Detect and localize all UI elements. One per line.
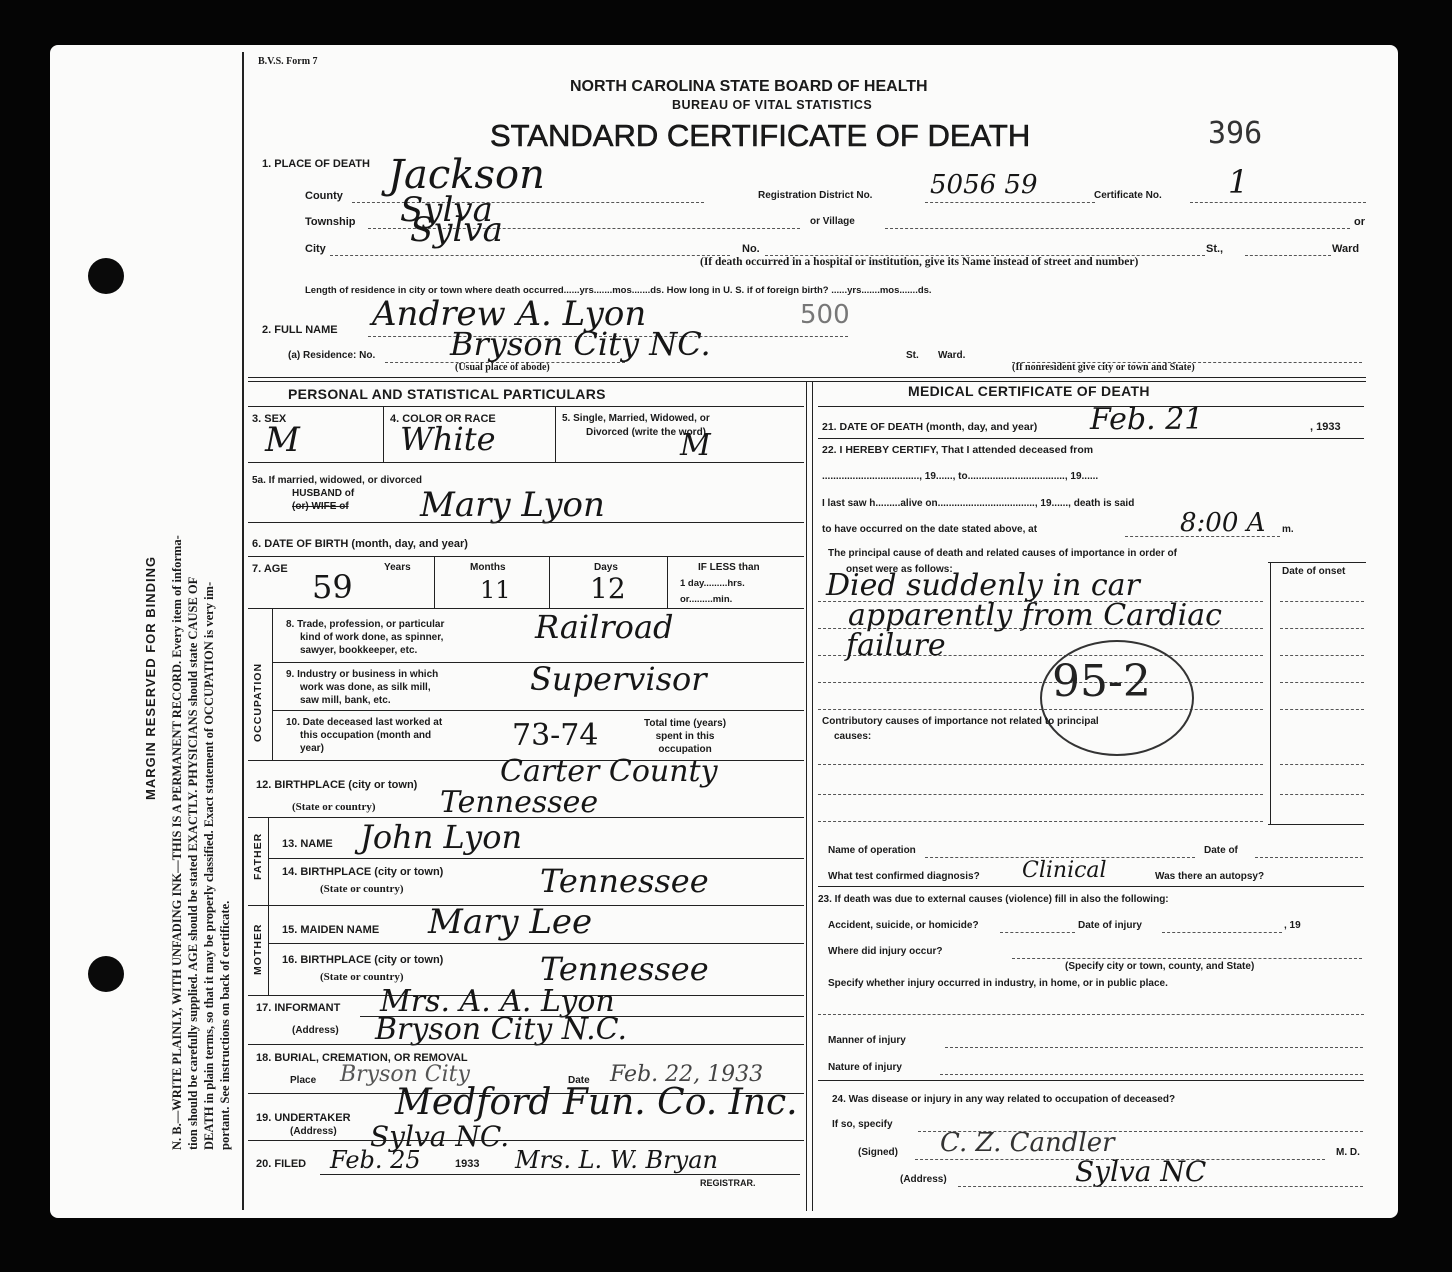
manner-line <box>945 1047 1363 1048</box>
contrib-line <box>818 764 1263 765</box>
rule <box>248 462 804 463</box>
age-months-value: 11 <box>480 576 511 604</box>
village-label: or Village <box>810 216 855 227</box>
informant-label: 17. INFORMANT <box>256 1002 340 1014</box>
where-line <box>1012 958 1362 959</box>
county-label: County <box>305 190 343 202</box>
rule <box>1268 824 1364 825</box>
industry-label-1: 9. Industry or business in which <box>286 668 438 681</box>
injury-date-line <box>1162 932 1282 933</box>
birthplace-label: 12. BIRTHPLACE (city or town) <box>256 779 417 791</box>
age-label: 7. AGE <box>252 563 288 575</box>
binding-note: MARGIN RESERVED FOR BINDING <box>143 556 158 800</box>
industry-label-2: work was done, as silk mill, <box>286 681 438 694</box>
number-label: No. <box>742 243 760 255</box>
city-value: Sylva <box>410 210 503 250</box>
cert-no-line <box>1190 202 1366 203</box>
less-min-label: or.........min. <box>680 594 732 605</box>
cell-divider <box>549 556 550 608</box>
name-annotation: 500 <box>800 300 850 330</box>
or-label: or <box>1354 216 1365 228</box>
physician-address-label: (Address) <box>900 1174 947 1185</box>
total-time-label-2: spent in this <box>644 730 726 743</box>
cause-label: The principal cause of death and related… <box>828 548 1177 559</box>
rule <box>248 556 804 557</box>
residence-ward-label: Ward. <box>938 350 965 361</box>
rule <box>268 858 804 859</box>
ward-label: Ward <box>1332 243 1359 255</box>
margin-instructions-2: tion should be carefully supplied. AGE s… <box>186 577 201 1150</box>
years-label: Years <box>384 562 411 573</box>
rule <box>1268 562 1366 563</box>
last-worked-label-1: 10. Date deceased last worked at <box>286 716 442 729</box>
residence-street-label: St. <box>906 350 919 361</box>
physician-signature: C. Z. Candler <box>940 1128 1115 1158</box>
margin-instructions-3: DEATH in plain terms, so that it may be … <box>202 582 217 1150</box>
accident-label: Accident, suicide, or homicide? <box>828 920 979 931</box>
undertaker-value: Medford Fun. Co. Inc. <box>395 1082 798 1123</box>
industry-value: Supervisor <box>530 660 707 698</box>
date-of-death-value: Feb. 21 <box>1090 402 1203 437</box>
industry-label-3: saw mill, bank, etc. <box>286 694 438 707</box>
occupation-bracket <box>272 608 273 760</box>
cert-no-value: 1 <box>1228 163 1248 201</box>
onset-line <box>1280 628 1364 629</box>
trade-label: 8. Trade, profession, or particular kind… <box>286 618 444 657</box>
father-side-label: FATHER <box>252 833 264 880</box>
filed-value: Feb. 25 <box>330 1146 421 1174</box>
rule <box>272 710 804 711</box>
reg-district-line <box>925 202 1095 203</box>
marital-value: M <box>680 428 711 463</box>
usual-abode-note: (Usual place of abode) <box>455 362 550 373</box>
binder-hole <box>88 956 124 992</box>
agency-title: NORTH CAROLINA STATE BOARD OF HEALTH <box>570 78 928 96</box>
cell-divider <box>383 406 384 462</box>
onset-line <box>1280 601 1364 602</box>
wife-label: (or) WIFE of <box>292 501 349 512</box>
father-name-label: 13. NAME <box>282 838 333 850</box>
rule <box>248 608 804 609</box>
onset-line <box>1280 682 1364 683</box>
manner-label: Manner of injury <box>828 1035 906 1046</box>
date-of-death-label: 21. DATE OF DEATH (month, day, and year) <box>822 421 1037 433</box>
dob-label: 6. DATE OF BIRTH (month, day, and year) <box>252 538 468 550</box>
margin-instructions-4: portant. See instructions on back of cer… <box>218 901 233 1150</box>
father-birthplace-state-label: (State or country) <box>320 883 404 895</box>
mother-birthplace-label: 16. BIRTHPLACE (city or town) <box>282 954 443 966</box>
cause-line <box>818 682 1263 683</box>
attended-dates: ..................................., 19.… <box>822 471 1098 482</box>
medical-heading: MEDICAL CERTIFICATE OF DEATH <box>908 383 1150 399</box>
trade-label-3: sawyer, bookkeeper, etc. <box>286 644 444 657</box>
specify-line <box>818 1014 1364 1015</box>
occurred-label: to have occurred on the date stated abov… <box>822 524 1037 535</box>
physician-address-value: Sylva NC <box>1075 1155 1206 1188</box>
cell-divider <box>667 556 668 608</box>
trade-label-2: kind of work done, as spinner, <box>286 631 444 644</box>
column-divider <box>812 381 813 1211</box>
time-of-death: 8:00 A <box>1180 508 1265 538</box>
nonresident-note: (If nonresident give city or town and St… <box>1012 362 1195 373</box>
birthplace-state-value: Tennessee <box>440 785 598 820</box>
birthplace-state-label: (State or country) <box>292 801 376 813</box>
township-label: Township <box>305 216 356 228</box>
onset-line <box>1280 794 1364 795</box>
city-line <box>330 255 730 256</box>
nature-label: Nature of injury <box>828 1062 902 1073</box>
personal-heading: PERSONAL AND STATISTICAL PARTICULARS <box>288 386 606 402</box>
months-label: Months <box>470 562 506 573</box>
birthplace-city-value: Carter County <box>500 754 718 789</box>
nature-line <box>940 1074 1363 1075</box>
rule <box>248 1140 804 1141</box>
rule <box>320 1174 800 1175</box>
certificate-title: STANDARD CERTIFICATE OF DEATH <box>490 118 1030 154</box>
occupation-related-label: 24. Was disease or injury in any way rel… <box>832 1094 1175 1105</box>
father-birthplace-value: Tennessee <box>540 862 709 900</box>
rule <box>248 1044 804 1045</box>
total-time-label-1: Total time (years) <box>644 717 726 730</box>
last-worked-value: 73-74 <box>512 718 598 753</box>
last-worked-label-2: this occupation (month and <box>286 729 442 742</box>
rule <box>248 817 804 818</box>
spouse-label: 5a. If married, widowed, or divorced <box>252 475 422 486</box>
onset-label: Date of onset <box>1282 566 1345 577</box>
contrib-line <box>818 794 1263 795</box>
cell-divider <box>434 556 435 608</box>
mother-bracket <box>268 905 269 995</box>
mother-side-label: MOTHER <box>252 924 264 976</box>
informant-address-value: Bryson City N.C. <box>375 1012 627 1047</box>
father-bracket <box>268 817 269 905</box>
physician-address-line <box>958 1186 1363 1187</box>
cell-divider <box>555 406 556 462</box>
industry-label: 9. Industry or business in which work wa… <box>286 668 438 707</box>
where-label: Where did injury occur? <box>828 946 942 957</box>
rule <box>818 1080 1364 1081</box>
onset-line <box>1280 764 1364 765</box>
place-of-death-label: 1. PLACE OF DEATH <box>262 158 370 170</box>
signed-label: (Signed) <box>858 1147 898 1158</box>
burial-place-label: Place <box>290 1075 316 1086</box>
onset-line <box>1280 709 1364 710</box>
mother-birthplace-value: Tennessee <box>540 950 709 988</box>
time-suffix: m. <box>1282 524 1294 535</box>
mother-birthplace-state-label: (State or country) <box>320 971 404 983</box>
accident-line <box>1000 932 1075 933</box>
rule <box>818 438 1364 439</box>
mother-name-label: 15. MAIDEN NAME <box>282 924 379 936</box>
injury-year: , 19 <box>1284 920 1301 931</box>
reg-district-label: Registration District No. <box>758 190 872 201</box>
operation-label: Name of operation <box>828 845 916 856</box>
time-line <box>1125 536 1280 537</box>
age-days-value: 12 <box>590 572 626 605</box>
margin-instructions-1: N. B.—WRITE PLAINLY, WITH UNFADING INK—T… <box>170 70 185 1150</box>
hospital-note: (If death occurred in a hospital or inst… <box>700 256 1138 268</box>
injury-date-label: Date of injury <box>1078 920 1142 931</box>
if-less-label: IF LESS than <box>698 562 760 573</box>
where-note: (Specify city or town, county, and State… <box>1065 961 1254 972</box>
binder-hole <box>88 258 124 294</box>
column-divider <box>806 381 807 1211</box>
village-line <box>885 228 1350 229</box>
section-rule <box>248 377 1366 378</box>
onset-line <box>1280 655 1364 656</box>
rule <box>268 943 804 944</box>
race-value: White <box>400 420 496 458</box>
external-causes-label: 23. If death was due to external causes … <box>818 894 1169 905</box>
md-label: M. D. <box>1336 1147 1360 1158</box>
registrar-signature: Mrs. L. W. Bryan <box>515 1146 718 1174</box>
contributory-label-2: causes: <box>834 731 871 742</box>
cause-line-3: failure <box>846 628 946 663</box>
test-value: Clinical <box>1022 858 1107 883</box>
margin-rule <box>242 52 244 1210</box>
cert-no-label: Certificate No. <box>1094 190 1162 201</box>
specify-place-label: Specify whether injury occurred in indus… <box>828 978 1168 989</box>
undertaker-address-label: (Address) <box>290 1126 337 1137</box>
certify-label: 22. I HEREBY CERTIFY, That I attended de… <box>822 444 1093 456</box>
code-stamp: 95-2 <box>1052 656 1151 707</box>
husband-label: HUSBAND of <box>292 488 354 499</box>
last-worked-label: 10. Date deceased last worked at this oc… <box>286 716 442 755</box>
filed-year: 1933 <box>455 1158 479 1170</box>
trade-label-1: 8. Trade, profession, or particular <box>286 618 444 631</box>
section-rule <box>248 381 1366 382</box>
test-label: What test confirmed diagnosis? <box>828 871 980 882</box>
marital-label: 5. Single, Married, Widowed, or <box>562 413 710 424</box>
last-worked-label-3: year) <box>286 742 442 755</box>
mother-name-value: Mary Lee <box>428 902 592 942</box>
registrar-label: REGISTRAR. <box>700 1178 756 1188</box>
contributory-label: Contributory causes of importance not re… <box>822 716 1099 727</box>
total-time-label: Total time (years) spent in this occupat… <box>644 717 726 756</box>
autopsy-label: Was there an autopsy? <box>1155 871 1264 882</box>
street-label: St., <box>1206 243 1223 255</box>
last-saw-alive: I last saw h.........alive on...........… <box>822 498 1134 509</box>
less-day-label: 1 day.........hrs. <box>680 578 745 589</box>
rule <box>818 886 1364 887</box>
onset-column-divider <box>1270 562 1271 824</box>
informant-address-label: (Address) <box>292 1025 339 1036</box>
form-id: B.V.S. Form 7 <box>258 56 318 67</box>
contrib-line <box>818 821 1263 822</box>
spouse-value: Mary Lyon <box>420 485 605 525</box>
occupation-side-label: OCCUPATION <box>252 663 264 742</box>
father-name-value: John Lyon <box>360 818 522 856</box>
age-years-value: 59 <box>312 568 353 606</box>
reg-district-value: 5056 59 <box>930 170 1038 200</box>
rule <box>248 522 804 523</box>
date-of-death-year: , 1933 <box>1310 421 1341 433</box>
if-so-label: If so, specify <box>832 1119 893 1130</box>
page-number: 396 <box>1208 116 1262 151</box>
trade-value: Railroad <box>535 608 674 646</box>
residence-label: (a) Residence: No. <box>288 350 375 361</box>
father-birthplace-label: 14. BIRTHPLACE (city or town) <box>282 866 443 878</box>
filed-label: 20. FILED <box>256 1158 306 1170</box>
sex-value: M <box>265 420 300 460</box>
rule <box>248 406 804 407</box>
operation-date-line <box>1255 857 1363 858</box>
full-name-label: 2. FULL NAME <box>262 324 338 336</box>
undertaker-label: 19. UNDERTAKER <box>256 1112 351 1124</box>
residence-value: Bryson City NC. <box>450 325 711 363</box>
operation-date-label: Date of <box>1204 845 1238 856</box>
ward-line <box>1245 255 1331 256</box>
city-label: City <box>305 243 326 255</box>
bureau-title: BUREAU OF VITAL STATISTICS <box>672 98 872 112</box>
